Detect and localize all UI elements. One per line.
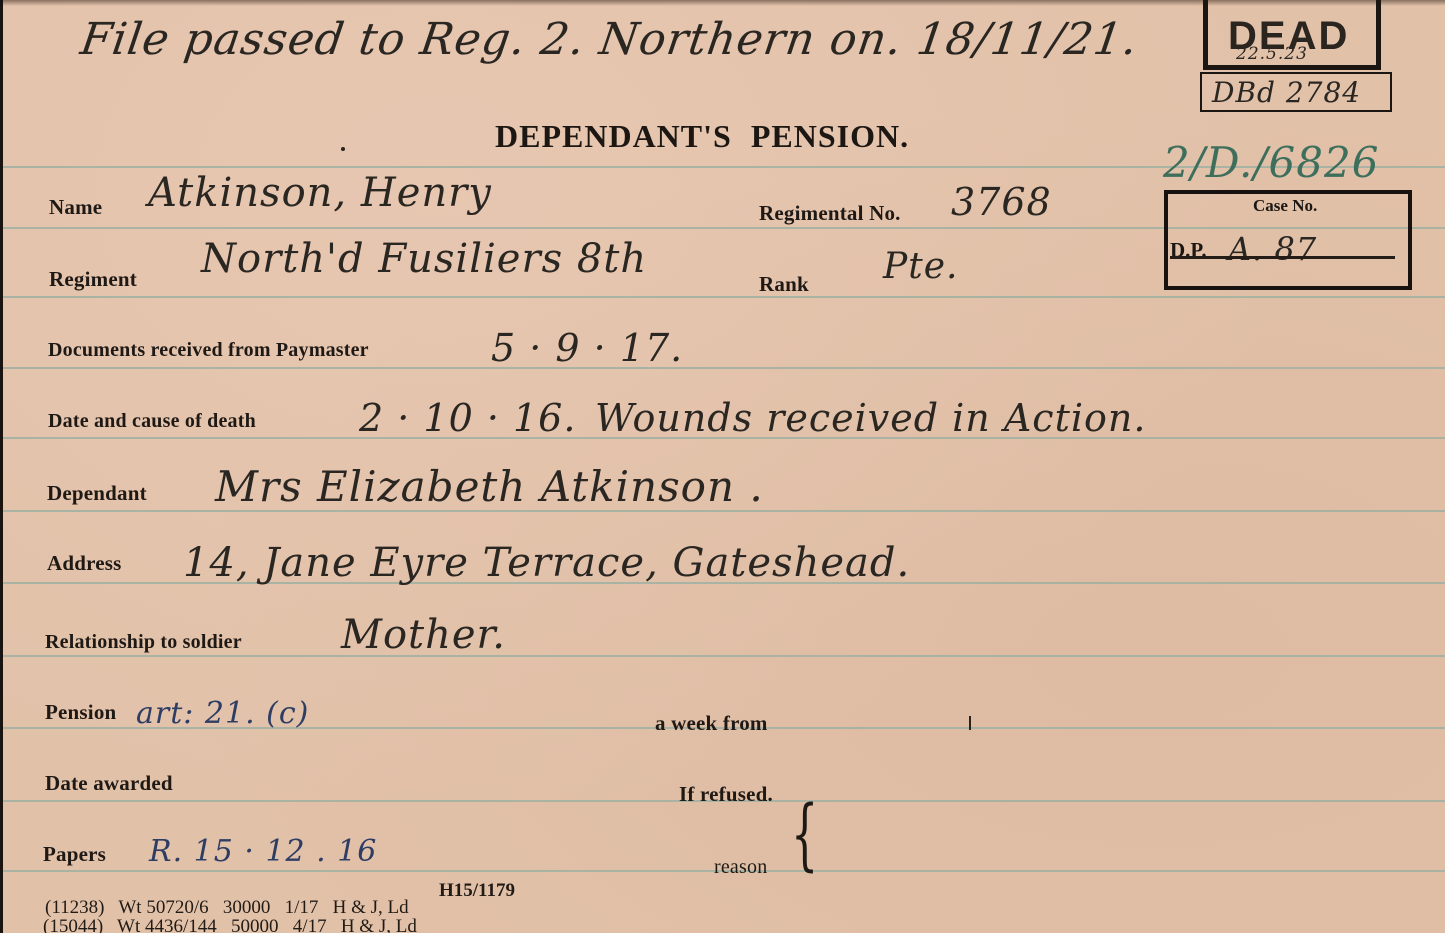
dead-stamp: DEAD 22.5.23 [1203, 0, 1381, 70]
relationship-value: Mother. [341, 612, 506, 658]
form-code: H15/1179 [439, 880, 515, 902]
brace-symbol: { [791, 796, 818, 874]
ink-mark [969, 716, 971, 730]
ruled-line [3, 655, 1445, 657]
ruled-line [3, 296, 1445, 298]
regimental-no-value: 3768 [951, 180, 1052, 224]
dependant-label: Dependant [47, 481, 147, 506]
relationship-label: Relationship to soldier [45, 631, 242, 654]
date-of-death-value: 2 · 10 · 16. [359, 396, 576, 440]
dbd-reference-box: DBd 2784 [1200, 72, 1392, 112]
cause-of-death-value: Wounds received in Action. [595, 396, 1146, 440]
if-refused-label: If refused. [679, 782, 773, 807]
case-number-value: A. 87 [1228, 230, 1317, 268]
regimental-no-label: Regimental No. [759, 201, 901, 226]
case-number-box: Case No. D.P. A. 87 [1164, 190, 1412, 290]
name-value: Atkinson, Henry [148, 170, 492, 216]
rank-value: Pte. [883, 246, 958, 287]
papers-label: Papers [43, 842, 106, 867]
dependant-value: Mrs Elizabeth Atkinson . [215, 462, 764, 511]
pension-value: art: 21. (c) [136, 696, 309, 731]
case-number-label: Case No. [1253, 196, 1317, 216]
reason-label: reason [714, 856, 767, 879]
week-from-label: a week from [655, 711, 768, 736]
file-passed-annotation: File passed to Reg. 2. Northern on. 18/1… [77, 14, 1141, 65]
documents-received-value: 5 · 9 · 17. [491, 326, 683, 370]
ink-dot [341, 147, 345, 151]
date-awarded-label: Date awarded [45, 771, 173, 796]
rank-label: Rank [759, 272, 809, 297]
regiment-value: North'd Fusiliers 8th [201, 236, 647, 282]
papers-value: R. 15 · 12 . 16 [149, 834, 377, 869]
pension-record-card: File passed to Reg. 2. Northern on. 18/1… [0, 0, 1445, 933]
address-value: 14, Jane Eyre Terrace, Gateshead. [183, 540, 910, 586]
date-cause-death-label: Date and cause of death [48, 410, 256, 433]
dead-stamp-date: 22.5.23 [1236, 44, 1308, 64]
strikethrough-line [1170, 256, 1395, 259]
ruled-line [3, 367, 1445, 369]
printer-line-2: (15044) Wt 4436/144 50000 4/17 H & J, Ld [43, 916, 417, 933]
address-label: Address [47, 551, 122, 576]
documents-received-label: Documents received from Paymaster [48, 339, 369, 362]
dbd-reference: DBd 2784 [1212, 76, 1361, 109]
name-label: Name [49, 195, 102, 220]
page-title: DEPENDANT'S PENSION. [495, 118, 909, 155]
pension-label: Pension [45, 700, 116, 725]
file-reference-number: 2/D./6826 [1163, 138, 1379, 187]
regiment-label: Regiment [49, 267, 137, 292]
case-number-prefix: D.P. [1170, 238, 1207, 263]
